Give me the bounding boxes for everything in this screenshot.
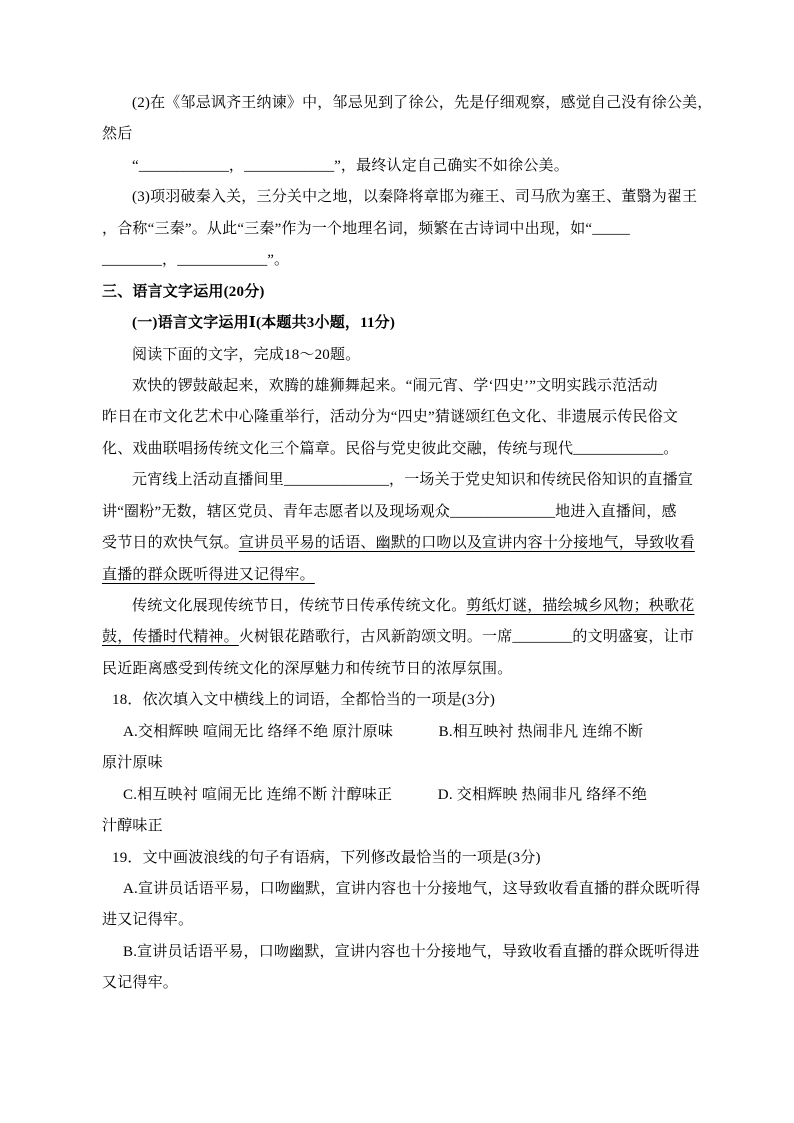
q2-fill-blank-line-2: 然后 <box>102 119 714 150</box>
passage-para2-line-1: 元宵线上活动直播间里______________，一场关于党史知识和传统民俗知识… <box>102 465 714 496</box>
text-segment: C.相互映衬 喧闹无比 连绵不断 汁醇味正 D. 交相辉映 热闹非凡 络绎不绝 <box>123 787 647 803</box>
section-heading: 三、语言文字运用(20分) <box>102 277 714 308</box>
document-body: (2)在《邹忌讽齐王纳谏》中，邹忌见到了徐公，先是仔细观察，感觉自己没有徐公美，… <box>102 88 714 1000</box>
text-segment: ”，最终认定自己确实不如徐公美。 <box>334 158 569 174</box>
text-segment: 欢快的锣鼓敲起来，欢腾的雄狮舞起来。“闹元宵、学‘四史’”文明实践示范活动 <box>132 378 658 394</box>
text-segment: ， <box>162 252 177 268</box>
text-segment: 进又记得牢。 <box>102 912 193 928</box>
reading-instruction: 阅读下面的文字，完成18～20题。 <box>102 340 714 371</box>
text-segment: ”。 <box>267 252 289 268</box>
passage-para3-line-3: 民近距离感受到传统文化的深厚魅力和传统节日的浓厚氛围。 <box>102 654 714 685</box>
subsection-heading: (一)语言文字运用Ⅰ(本题共3小题，11分) <box>102 308 714 339</box>
text-segment: (3)项羽破秦入关，三分关中之地，以秦降将章邯为雍王、司马欣为塞王、董翳为翟王 <box>132 189 697 205</box>
text-segment: (2)在《邹忌讽齐王纳谏》中，邹忌见到了徐公，先是仔细观察，感觉自己没有徐公美， <box>132 95 713 111</box>
text-segment: ， <box>229 158 244 174</box>
text-segment: 又记得牢。 <box>102 975 178 991</box>
underlined-text: 直播的群众既听得进又记得牢。 <box>102 567 315 583</box>
answer-blank: ____________ <box>177 252 267 268</box>
text-segment: 的文明盛宴，让市 <box>572 629 694 645</box>
text-segment: 。 <box>663 441 678 457</box>
q3-fill-blank-line-3: ________，____________”。 <box>102 245 714 276</box>
passage-para1-line-1: 欢快的锣鼓敲起来，欢腾的雄狮舞起来。“闹元宵、学‘四史’”文明实践示范活动 <box>102 371 714 402</box>
text-segment: 然后 <box>102 126 132 142</box>
passage-para1-line-3: 化、戏曲联唱扬传统文化三个篇章。民俗与党史彼此交融，传统与现代_________… <box>102 434 714 465</box>
text-segment: 火树银花踏歌行，古风新韵颂文明。一席 <box>239 629 513 645</box>
text-segment: 阅读下面的文字，完成18～20题。 <box>132 347 360 363</box>
text-segment: 昨日在市文化艺术中心隆重举行，活动分为“四史”猜谜颂红色文化、非遗展示传民俗文 <box>102 409 678 425</box>
passage-para1-line-2: 昨日在市文化艺术中心隆重举行，活动分为“四史”猜谜颂红色文化、非遗展示传民俗文 <box>102 402 714 433</box>
q2-fill-blank-line-1: (2)在《邹忌讽齐王纳谏》中，邹忌见到了徐公，先是仔细观察，感觉自己没有徐公美， <box>102 88 714 119</box>
text-segment: “ <box>132 158 139 174</box>
text-segment: ，一场关于党史知识和传统民俗知识的直播宣 <box>389 472 693 488</box>
text-segment: 民近距离感受到传统文化的深厚魅力和传统节日的浓厚氛围。 <box>102 661 512 677</box>
q3-fill-blank-line-1: (3)项羽破秦入关，三分关中之地，以秦降将章邯为雍王、司马欣为塞王、董翳为翟王 <box>102 182 714 213</box>
text-segment: 地进入直播间，感 <box>555 504 677 520</box>
question-18-stem: 18．依次填入文中横线上的词语，全都恰当的一项是(3分) <box>102 685 714 716</box>
question-18-options-cd: C.相互映衬 喧闹无比 连绵不断 汁醇味正 D. 交相辉映 热闹非凡 络绎不绝 <box>102 780 714 811</box>
text-segment: A.宣讲员话语平易，口吻幽默，宣讲内容也十分接地气，这导致收看直播的群众既听得 <box>123 881 700 897</box>
answer-blank: _____ <box>592 221 630 237</box>
underlined-text: 剪纸灯谜，描绘城乡风物；秧歌花 <box>466 598 694 614</box>
underlined-text: 宣讲员平易的话语、幽默的口吻以及宣讲内容十分接地气，导致收看 <box>239 535 695 551</box>
passage-para3-line-2: 鼓，传播时代精神。火树银花踏歌行，古风新韵颂文明。一席________的文明盛宴… <box>102 622 714 653</box>
question-18-option-b-wrap: 原汁原味 <box>102 748 714 779</box>
q3-fill-blank-line-2: ，合称“三秦”。从此“三秦”作为一个地理名词，频繁在古诗词中出现，如“_____ <box>102 214 714 245</box>
passage-para2-line-4: 直播的群众既听得进又记得牢。 <box>102 560 714 591</box>
text-segment: ，合称“三秦”。从此“三秦”作为一个地理名词，频繁在古诗词中出现，如“ <box>102 221 592 237</box>
text-segment: 原汁原味 <box>102 755 163 771</box>
exam-paper-page: (2)在《邹忌讽齐王纳谏》中，邹忌见到了徐公，先是仔细观察，感觉自己没有徐公美，… <box>0 0 794 1123</box>
answer-blank: ____________ <box>573 441 663 457</box>
answer-blank: ____________ <box>244 158 334 174</box>
text-segment: 元宵线上活动直播间里 <box>132 472 284 488</box>
text-segment: B.宣讲员话语平易，口吻幽默，宣讲内容也十分接地气，导致收看直播的群众既听得进 <box>123 944 700 960</box>
answer-blank: ______________ <box>284 472 389 488</box>
text-segment: 传统文化展现传统节日，传统节日传承传统文化。 <box>132 598 466 614</box>
q2-fill-blank-line-3: “____________，____________”，最终认定自己确实不如徐公… <box>102 151 714 182</box>
answer-blank: ____________ <box>139 158 229 174</box>
text-segment: (一)语言文字运用Ⅰ(本题共3小题，11分) <box>132 315 395 331</box>
question-18-options-ab: A.交相辉映 喧闹无比 络绎不绝 原汁原味 B.相互映衬 热闹非凡 连绵不断 <box>102 717 714 748</box>
question-19-stem: 19．文中画波浪线的句子有语病，下列修改最恰当的一项是(3分) <box>102 843 714 874</box>
text-segment: 讲“圈粉”无数，辖区党员、青年志愿者以及现场观众 <box>102 504 450 520</box>
text-segment: 化、戏曲联唱扬传统文化三个篇章。民俗与党史彼此交融，传统与现代 <box>102 441 573 457</box>
text-segment: 三、语言文字运用(20分) <box>102 284 265 300</box>
text-segment: 受节日的欢快气氛。 <box>102 535 239 551</box>
text-segment: 19．文中画波浪线的句子有语病，下列修改最恰当的一项是(3分) <box>112 850 541 866</box>
question-19-option-a-line-1: A.宣讲员话语平易，口吻幽默，宣讲内容也十分接地气，这导致收看直播的群众既听得 <box>102 874 714 905</box>
answer-blank: ________ <box>512 629 572 645</box>
text-segment: A.交相辉映 喧闹无比 络绎不绝 原汁原味 B.相互映衬 热闹非凡 连绵不断 <box>123 724 643 740</box>
answer-blank: ______________ <box>450 504 555 520</box>
passage-para2-line-2: 讲“圈粉”无数，辖区党员、青年志愿者以及现场观众______________地进… <box>102 497 714 528</box>
answer-blank: ________ <box>102 252 162 268</box>
passage-para2-line-3: 受节日的欢快气氛。宣讲员平易的话语、幽默的口吻以及宣讲内容十分接地气，导致收看 <box>102 528 714 559</box>
text-segment: 汁醇味正 <box>102 818 163 834</box>
question-18-option-d-wrap: 汁醇味正 <box>102 811 714 842</box>
question-19-option-b-line-2: 又记得牢。 <box>102 968 714 999</box>
passage-para3-line-1: 传统文化展现传统节日，传统节日传承传统文化。剪纸灯谜，描绘城乡风物；秧歌花 <box>102 591 714 622</box>
question-19-option-b-line-1: B.宣讲员话语平易，口吻幽默，宣讲内容也十分接地气，导致收看直播的群众既听得进 <box>102 937 714 968</box>
text-segment: 18．依次填入文中横线上的词语，全都恰当的一项是(3分) <box>112 692 495 708</box>
question-19-option-a-line-2: 进又记得牢。 <box>102 905 714 936</box>
underlined-text: 鼓，传播时代精神。 <box>102 629 239 645</box>
